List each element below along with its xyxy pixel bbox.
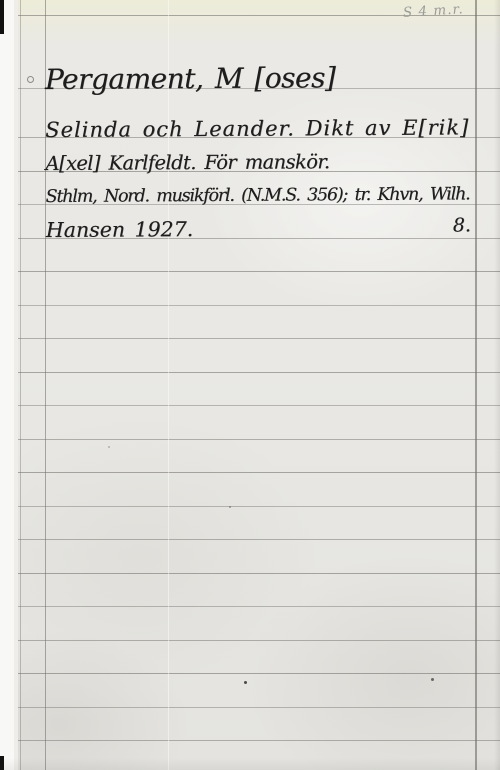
card-heading-composer: Pergament, M [oses] <box>45 64 336 94</box>
handwriting-layer: Pergament, M [oses] Selinda och Leander.… <box>0 0 500 770</box>
card-line-year: Hansen 1927. <box>46 219 193 240</box>
card-line-title: Selinda och Leander. Dikt av E[rik] <box>45 117 469 141</box>
scanned-catalog-card: S 4 m.r. Pergament, M [oses] Selinda och… <box>0 0 500 770</box>
card-line-publisher: Sthlm, Nord. musikförl. (N.M.S. 356); tr… <box>46 186 470 206</box>
dust-speck <box>229 506 231 508</box>
card-format-number: 8. <box>453 216 471 235</box>
dust-speck <box>108 446 110 448</box>
dust-speck <box>244 681 247 684</box>
dust-speck <box>431 678 434 681</box>
card-line-author: A[xel] Karlfeldt. För manskör. <box>45 152 329 173</box>
